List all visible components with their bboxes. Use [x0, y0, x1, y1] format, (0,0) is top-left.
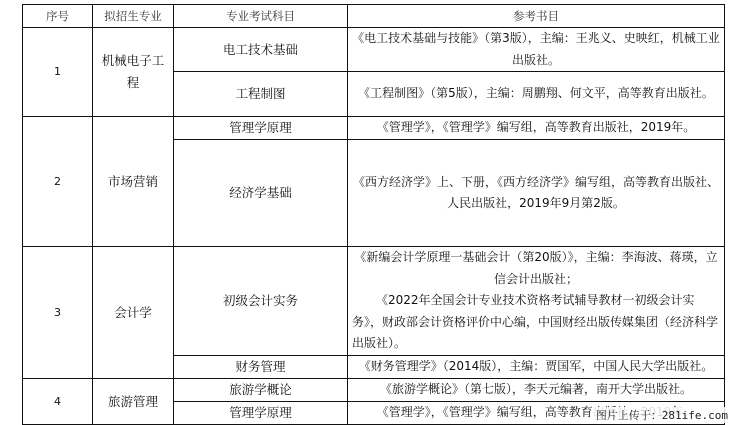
row-subject: 工程制图 [174, 72, 348, 117]
exam-reference-table: 序号 拟招生专业 专业考试科目 参考书目 1 机械电子工程 电工技术基础 《电工… [22, 4, 725, 425]
row-book: 《新编会计学原理一基础会计（第20版）》，主编：李海波、蒋瑛，立信会计出版社； … [348, 247, 725, 356]
book-line: 《2022年全国会计专业技术资格考试辅导教材一初级会计实务》，财政部会计资格评价… [352, 290, 720, 355]
row-subject: 经济学基础 [174, 140, 348, 247]
row-no: 2 [23, 117, 93, 247]
row-book: 《西方经济学》上、下册，《西方经济学》编写组，高等教育出版社、人民出版社，201… [348, 140, 725, 247]
row-subject: 旅游学概论 [174, 379, 348, 402]
watermark: 图片上传于：281ife.com [594, 407, 730, 423]
row-no: 1 [23, 28, 93, 117]
header-major: 拟招生专业 [93, 5, 174, 28]
row-no: 4 [23, 379, 93, 425]
row-subject: 管理学原理 [174, 117, 348, 140]
book-line: 《新编会计学原理一基础会计（第20版）》，主编：李海波、蒋瑛，立信会计出版社； [354, 250, 717, 286]
row-subject: 电工技术基础 [174, 28, 348, 72]
row-major: 旅游管理 [93, 379, 174, 425]
header-subject: 专业考试科目 [174, 5, 348, 28]
header-no: 序号 [23, 5, 93, 28]
row-subject: 管理学原理 [174, 402, 348, 425]
row-subject: 财务管理 [174, 356, 348, 379]
table-row: 4 旅游管理 旅游学概论 《旅游学概论》（第七版），李天元编著，南开大学出版社。 [23, 379, 725, 402]
row-book: 《电工技术基础与技能》（第3版），主编：王兆义、史映红，机械工业出版社。 [348, 28, 725, 72]
row-book: 《旅游学概论》（第七版），李天元编著，南开大学出版社。 [348, 379, 725, 402]
header-row: 序号 拟招生专业 专业考试科目 参考书目 [23, 5, 725, 28]
row-book: 《管理学》，《管理学》编写组，高等教育出版社，2019年。 [348, 117, 725, 140]
row-major: 会计学 [93, 247, 174, 379]
table-row: 2 市场营销 管理学原理 《管理学》，《管理学》编写组，高等教育出版社，2019… [23, 117, 725, 140]
row-major: 市场营销 [93, 117, 174, 247]
row-book: 《财务管理学》（2014版），主编：贾国军，中国人民大学出版社。 [348, 356, 725, 379]
header-books: 参考书目 [348, 5, 725, 28]
row-no: 3 [23, 247, 93, 379]
table-row: 1 机械电子工程 电工技术基础 《电工技术基础与技能》（第3版），主编：王兆义、… [23, 28, 725, 72]
row-book: 《工程制图》（第5版），主编：周鹏翔、何文平，高等教育出版社。 [348, 72, 725, 117]
row-major: 机械电子工程 [93, 28, 174, 117]
table-row: 3 会计学 初级会计实务 《新编会计学原理一基础会计（第20版）》，主编：李海波… [23, 247, 725, 356]
row-subject: 初级会计实务 [174, 247, 348, 356]
